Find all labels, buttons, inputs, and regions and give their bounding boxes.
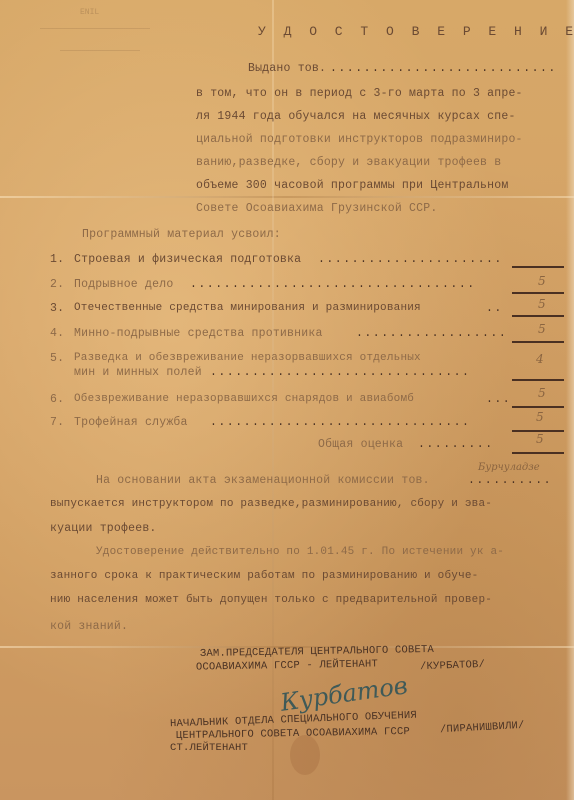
issued-to-dots: ........................... [330,62,557,75]
commission-line: куации трофеев. [50,522,157,535]
subject-grade: 5 [538,322,546,336]
grade-line [512,266,564,268]
body-line: Совете Осоавиахима Грузинской ССР. [196,202,437,215]
overall-grade: 5 [536,432,544,446]
body-line: в том, что он в период с 3-го марта по 3… [196,87,523,100]
grade-line [512,452,564,454]
faded-stamp-line [40,28,150,33]
subject-text: Подрывное дело [74,278,173,291]
grade-line [512,406,564,408]
signatory-2-name: /ПИРАНИШВИЛИ/ [440,720,525,736]
document-title: У Д О С Т О В Е Р Е Н И Е [258,24,574,39]
leader-dots: .. [486,302,503,315]
subject-text: Строевая и физическая подготовка [74,253,301,266]
leader-dots: ... [486,393,511,406]
grade-line [512,341,564,343]
overall-label: Общая оценка [318,438,403,451]
subject-grade: 5 [536,410,544,424]
leader-dots: ............................... [210,416,470,429]
grade-line [512,292,564,294]
subject-number: 3. [50,302,64,315]
leader-dots: .......... [468,474,552,487]
faded-stamp-text: ENIL [80,8,99,17]
commission-line: На основании акта экзаменационной комисс… [96,474,430,487]
subject-number: 1. [50,253,64,266]
leader-dots: .................. [356,327,507,340]
validity-line: Удостоверение действительно по 1.01.45 г… [96,546,504,558]
subject-number: 7. [50,416,64,429]
subject-text: Минно-подрывные средства противника [74,327,323,340]
subject-grade: 5 [538,386,546,400]
subject-grade: 5 [538,274,546,288]
subject-text: Отечественные средства минирования и раз… [74,302,421,314]
faded-stamp-line [60,50,140,55]
leader-dots: .................................. [190,278,476,291]
commission-line: выпускается инструктором по разведке,раз… [50,498,492,510]
leader-dots: ............................... [210,366,470,379]
subject-text: Разведка и обезвреживание неразорвавшихс… [74,352,421,364]
subject-grade: 4 [536,352,544,366]
issued-to-label: Выдано тов. [248,62,326,75]
validity-line: занного срока к практическим работам по … [50,570,478,582]
stain [290,735,320,775]
fold-crease [0,196,574,198]
body-line: ля 1944 года обучался на месячных курсах… [196,110,516,123]
leader-dots: ...................... [318,253,503,266]
subject-number: 6. [50,393,64,406]
subject-text-continued: мин и минных полей [74,366,202,379]
subject-text: Обезвреживание неразорвавшихся снарядов … [74,393,414,405]
leader-dots: ......... [418,438,494,451]
paper-edge [566,0,574,800]
validity-line: кой знаний. [50,620,128,633]
commission-handwritten: Бурчуладзе [478,462,540,473]
subject-number: 2. [50,278,64,291]
signatory-1-title: ОСОАВИАХИМА ГССР - ЛЕЙТЕНАНТ [196,658,378,673]
body-line: циальной подготовки инструкторов подразм… [196,133,523,146]
body-line: объеме 300 часовой программы при Централ… [196,179,508,192]
signatory-1-name: /КУРБАТОВ/ [420,659,485,673]
subject-number: 4. [50,327,64,340]
body-line: ванию,разведке, сбору и эвакуации трофее… [196,156,501,169]
subject-grade: 5 [538,297,546,311]
signatory-2-title: СТ.ЛЕЙТЕНАНТ [170,742,248,754]
subject-number: 5. [50,352,64,365]
document-page: ENIL У Д О С Т О В Е Р Е Н И Е Выдано то… [0,0,574,800]
grade-line [512,315,564,317]
subject-text: Трофейная служба [74,416,188,429]
validity-line: нию населения может быть допущен только … [50,594,492,606]
program-heading: Программный материал усвоил: [82,228,281,241]
grade-line [512,379,564,381]
